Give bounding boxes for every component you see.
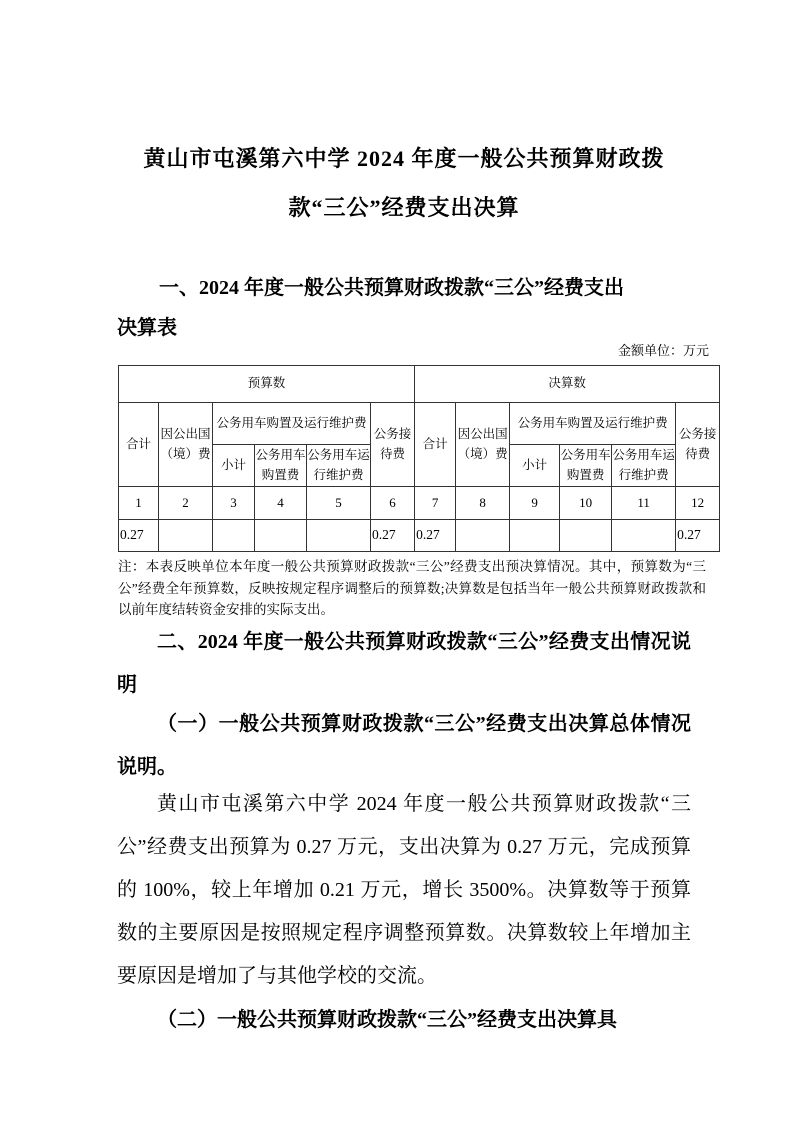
group-header-final: 决算数 (415, 366, 720, 403)
col-header-abroad-budget: 因公出国（境）费 (159, 403, 213, 487)
table-cell-value (307, 520, 371, 552)
col-number: 3 (213, 487, 255, 520)
table-cell-value: 0.27 (415, 520, 456, 552)
col-number: 8 (456, 487, 510, 520)
col-header-abroad-final: 因公出国（境）费 (456, 403, 510, 487)
table-cell-value (612, 520, 676, 552)
table-cell-value (560, 520, 612, 552)
col-header-vehicle-maintenance-final: 公务用车运行维护费 (612, 445, 676, 487)
col-number: 7 (415, 487, 456, 520)
col-header-total-budget: 合计 (119, 403, 159, 487)
col-number: 5 (307, 487, 371, 520)
document-title-line2: 款“三公”经费支出决算 (117, 183, 691, 232)
section2-sub2-heading: （二）一般公共预算财政拨款“三公”经费支出决算具 (117, 999, 691, 1042)
table-cell-value: 0.27 (371, 520, 415, 552)
table-cell-value: 0.27 (119, 520, 159, 552)
col-header-reception-budget: 公务接待费 (371, 403, 415, 487)
col-number: 10 (560, 487, 612, 520)
three-public-expense-table: 预算数 决算数 合计 因公出国（境）费 公务用车购置及运行维护费 公务接待费 合… (118, 365, 720, 552)
table-cell-value (213, 520, 255, 552)
table-cell-value (159, 520, 213, 552)
group-header-budget: 预算数 (119, 366, 415, 403)
col-number: 2 (159, 487, 213, 520)
col-number: 1 (119, 487, 159, 520)
table-note: 注：本表反映单位本年度一般公共预算财政拨款“三公”经费支出预决算情况。其中，预算… (118, 556, 706, 621)
table-cell-value (456, 520, 510, 552)
col-header-total-final: 合计 (415, 403, 456, 487)
col-header-vehicle-purchase-final: 公务用车购置费 (560, 445, 612, 487)
col-header-vehicle-purchase-budget: 公务用车购置费 (255, 445, 307, 487)
document-title-line1: 黄山市屯溪第六中学 2024 年度一般公共预算财政拨 (117, 134, 691, 183)
col-number: 4 (255, 487, 307, 520)
amount-unit-label: 金额单位：万元 (118, 341, 709, 361)
col-number: 6 (371, 487, 415, 520)
col-number: 12 (676, 487, 720, 520)
section2-sub1-heading: （一）一般公共预算财政拨款“三公”经费支出决算总体情况说明。 (117, 703, 691, 789)
col-number: 9 (510, 487, 560, 520)
section2-paragraph1: 黄山市屯溪第六中学 2024 年度一般公共预算财政拨款“三公”经费支出预算为 0… (117, 783, 691, 998)
col-header-vehicle-maintenance-budget: 公务用车运行维护费 (307, 445, 371, 487)
document-page: 黄山市屯溪第六中学 2024 年度一般公共预算财政拨 款“三公”经费支出决算 一… (0, 0, 793, 1122)
document-title: 黄山市屯溪第六中学 2024 年度一般公共预算财政拨 款“三公”经费支出决算 (117, 134, 691, 232)
col-header-vehicle-subtotal-final: 小计 (510, 445, 560, 487)
col-header-vehicle-budget: 公务用车购置及运行维护费 (213, 403, 371, 445)
table-cell-value (510, 520, 560, 552)
section2-heading: 二、2024 年度一般公共预算财政拨款“三公”经费支出情况说明 (117, 621, 691, 707)
table-cell-value (255, 520, 307, 552)
col-header-vehicle-final: 公务用车购置及运行维护费 (510, 403, 676, 445)
table-cell-value: 0.27 (676, 520, 720, 552)
col-number: 11 (612, 487, 676, 520)
col-header-reception-final: 公务接待费 (676, 403, 720, 487)
section1-heading-line1: 一、2024 年度一般公共预算财政拨款“三公”经费支出 (117, 268, 691, 308)
section1-heading: 一、2024 年度一般公共预算财政拨款“三公”经费支出 决算表 (117, 268, 691, 348)
col-header-vehicle-subtotal-budget: 小计 (213, 445, 255, 487)
